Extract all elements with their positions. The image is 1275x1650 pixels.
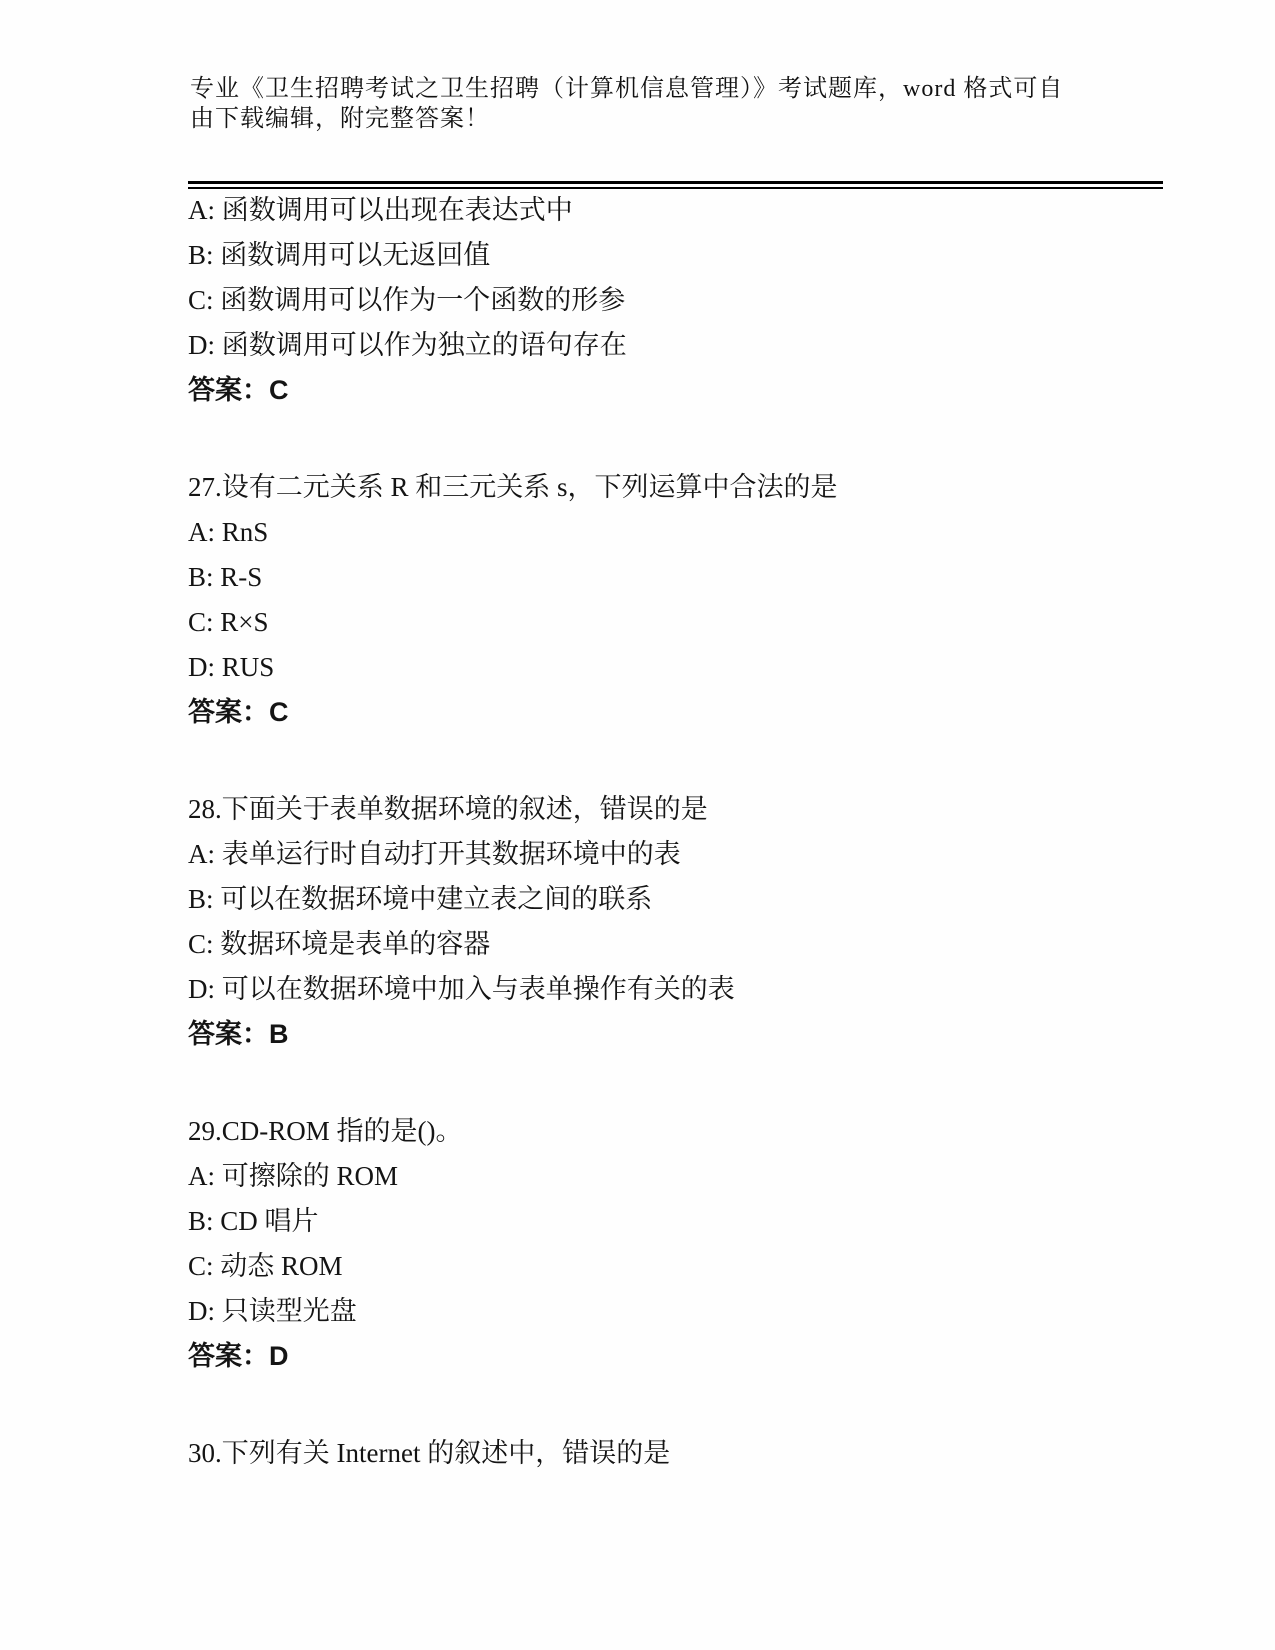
question-title: 29.CD-ROM 指的是()。: [188, 1109, 1168, 1154]
option-line-a: A: 表单运行时自动打开其数据环境中的表: [188, 832, 1168, 877]
option-line-c: C: 函数调用可以作为一个函数的形参: [188, 278, 1168, 323]
answer-line: 答案：C: [188, 690, 1168, 735]
option-line-c: C: 数据环境是表单的容器: [188, 922, 1168, 967]
option-line-a: A: 函数调用可以出现在表达式中: [188, 188, 1168, 233]
question-block-28: 28.下面关于表单数据环境的叙述，错误的是 A: 表单运行时自动打开其数据环境中…: [188, 787, 1168, 1057]
question-block-30: 30.下列有关 Internet 的叙述中，错误的是: [188, 1431, 1168, 1476]
option-line-d: D: 可以在数据环境中加入与表单操作有关的表: [188, 967, 1168, 1012]
answer-line: 答案：D: [188, 1334, 1168, 1379]
option-line-b: B: 函数调用可以无返回值: [188, 233, 1168, 278]
question-block-26: A: 函数调用可以出现在表达式中 B: 函数调用可以无返回值 C: 函数调用可以…: [188, 188, 1168, 413]
option-line-d: D: RUS: [188, 645, 1168, 690]
answer-line: 答案：B: [188, 1012, 1168, 1057]
document-header-text: 专业《卫生招聘考试之卫生招聘（计算机信息管理）》考试题库，word 格式可自由下…: [190, 74, 1082, 134]
answer-line: 答案：C: [188, 368, 1168, 413]
question-block-29: 29.CD-ROM 指的是()。 A: 可擦除的 ROM B: CD 唱片 C:…: [188, 1109, 1168, 1379]
question-title: 27.设有二元关系 R 和三元关系 s，下列运算中合法的是: [188, 465, 1168, 510]
option-line-b: B: 可以在数据环境中建立表之间的联系: [188, 877, 1168, 922]
option-line-b: B: R-S: [188, 555, 1168, 600]
option-line-d: D: 只读型光盘: [188, 1289, 1168, 1334]
question-block-27: 27.设有二元关系 R 和三元关系 s，下列运算中合法的是 A: RnS B: …: [188, 465, 1168, 735]
option-line-c: C: R×S: [188, 600, 1168, 645]
option-line-a: A: RnS: [188, 510, 1168, 555]
question-title: 30.下列有关 Internet 的叙述中，错误的是: [188, 1431, 1168, 1476]
option-line-b: B: CD 唱片: [188, 1199, 1168, 1244]
option-line-a: A: 可擦除的 ROM: [188, 1154, 1168, 1199]
option-line-c: C: 动态 ROM: [188, 1244, 1168, 1289]
questions-area: A: 函数调用可以出现在表达式中 B: 函数调用可以无返回值 C: 函数调用可以…: [188, 188, 1168, 1528]
option-line-d: D: 函数调用可以作为独立的语句存在: [188, 323, 1168, 368]
question-title: 28.下面关于表单数据环境的叙述，错误的是: [188, 787, 1168, 832]
document-page: 专业《卫生招聘考试之卫生招聘（计算机信息管理）》考试题库，word 格式可自由下…: [0, 0, 1275, 1650]
